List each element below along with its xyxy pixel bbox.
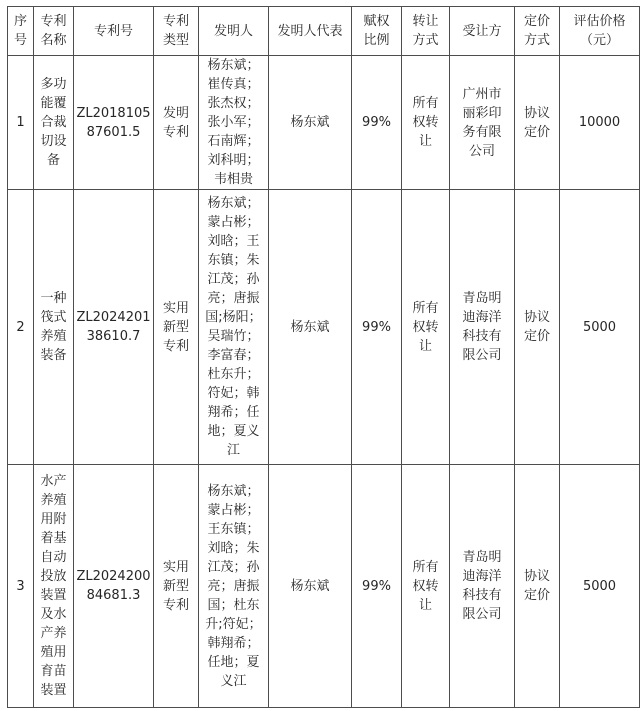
cell-assignee: 青岛明迪海洋科技有限公司 xyxy=(450,465,515,708)
patent-transfer-table: 序号 专利名称 专利号 专利类型 发明人 发明人代表 赋权比例 转让方式 受让方… xyxy=(7,6,640,708)
header-patent-type: 专利类型 xyxy=(154,7,199,56)
cell-ratio: 99% xyxy=(352,56,402,190)
header-assignee: 受让方 xyxy=(450,7,515,56)
cell-patent-type: 实用新型专利 xyxy=(154,465,199,708)
table-body: 1 多功能覆合裁切设备 ZL201810587601.5 发明专利 杨东斌；崔传… xyxy=(8,56,640,708)
cell-transfer: 所有权转让 xyxy=(402,465,450,708)
cell-pricing: 协议定价 xyxy=(515,465,560,708)
cell-patent-type: 发明专利 xyxy=(154,56,199,190)
table-row: 3 水产养殖用附着基自动投放装置及水产养殖用育苗装置 ZL20242008468… xyxy=(8,465,640,708)
cell-ratio: 99% xyxy=(352,190,402,465)
cell-patent-number: ZL201810587601.5 xyxy=(74,56,154,190)
header-patent-number: 专利号 xyxy=(74,7,154,56)
cell-representative: 杨东斌 xyxy=(269,190,352,465)
header-ratio: 赋权比例 xyxy=(352,7,402,56)
cell-price: 10000 xyxy=(560,56,640,190)
cell-transfer: 所有权转让 xyxy=(402,190,450,465)
cell-patent-name: 多功能覆合裁切设备 xyxy=(34,56,74,190)
cell-seq: 2 xyxy=(8,190,34,465)
cell-patent-name: 一种筏式养殖装备 xyxy=(34,190,74,465)
cell-patent-name: 水产养殖用附着基自动投放装置及水产养殖用育苗装置 xyxy=(34,465,74,708)
cell-patent-type: 实用新型专利 xyxy=(154,190,199,465)
cell-representative: 杨东斌 xyxy=(269,465,352,708)
cell-price: 5000 xyxy=(560,190,640,465)
header-pricing: 定价方式 xyxy=(515,7,560,56)
header-seq: 序号 xyxy=(8,7,34,56)
cell-ratio: 99% xyxy=(352,465,402,708)
header-row: 序号 专利名称 专利号 专利类型 发明人 发明人代表 赋权比例 转让方式 受让方… xyxy=(8,7,640,56)
header-price: 评估价格（元） xyxy=(560,7,640,56)
cell-assignee: 青岛明迪海洋科技有限公司 xyxy=(450,190,515,465)
cell-inventors: 杨东斌；蒙占彬；王东镇；刘晗；朱江茂；孙亮；唐振国；杜东升;符妃；韩翔希；任地；… xyxy=(199,465,269,708)
cell-price: 5000 xyxy=(560,465,640,708)
header-transfer: 转让方式 xyxy=(402,7,450,56)
table-row: 1 多功能覆合裁切设备 ZL201810587601.5 发明专利 杨东斌；崔传… xyxy=(8,56,640,190)
table-row: 2 一种筏式养殖装备 ZL202420138610.7 实用新型专利 杨东斌；蒙… xyxy=(8,190,640,465)
cell-inventors: 杨东斌；蒙占彬；刘晗；王东镇；朱江茂；孙亮；唐振国;杨阳；吴瑞竹；李富春；杜东升… xyxy=(199,190,269,465)
cell-pricing: 协议定价 xyxy=(515,56,560,190)
document-page: 序号 专利名称 专利号 专利类型 发明人 发明人代表 赋权比例 转让方式 受让方… xyxy=(0,0,642,708)
cell-seq: 1 xyxy=(8,56,34,190)
cell-patent-number: ZL202420084681.3 xyxy=(74,465,154,708)
cell-assignee: 广州市丽彩印务有限公司 xyxy=(450,56,515,190)
header-inventors: 发明人 xyxy=(199,7,269,56)
header-patent-name: 专利名称 xyxy=(34,7,74,56)
header-representative: 发明人代表 xyxy=(269,7,352,56)
cell-pricing: 协议定价 xyxy=(515,190,560,465)
cell-inventors: 杨东斌；崔传真；张杰权；张小军；石南辉；刘科明；韦相贵 xyxy=(199,56,269,190)
cell-representative: 杨东斌 xyxy=(269,56,352,190)
cell-seq: 3 xyxy=(8,465,34,708)
cell-patent-number: ZL202420138610.7 xyxy=(74,190,154,465)
cell-transfer: 所有权转让 xyxy=(402,56,450,190)
table-header: 序号 专利名称 专利号 专利类型 发明人 发明人代表 赋权比例 转让方式 受让方… xyxy=(8,7,640,56)
